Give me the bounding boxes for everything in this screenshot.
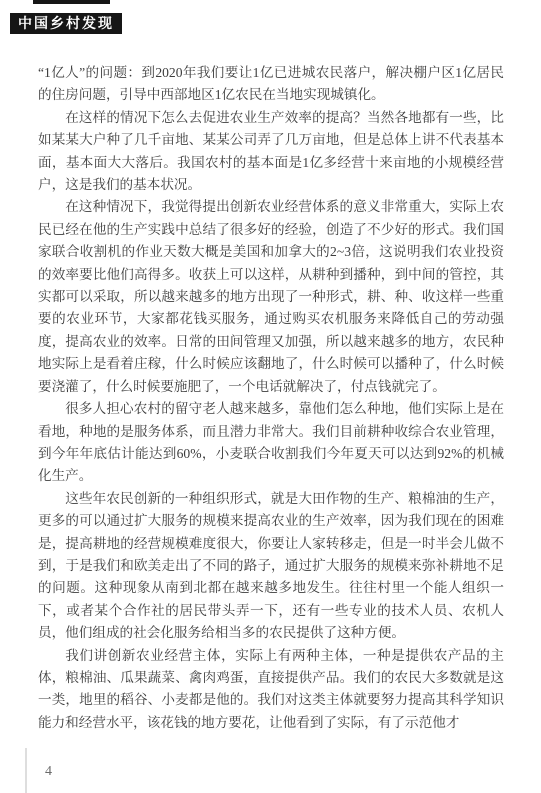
masthead-title: 中国乡村发现 <box>10 13 122 34</box>
page-body-text: “1亿人”的问题：到2020年我们要让1亿已进城农民落户，解决棚户区1亿居民的住… <box>38 62 504 734</box>
footer-divider <box>25 748 27 793</box>
body-paragraph: 在这种情况下，我觉得提出创新农业经营体系的意义非常重大，实际上农民已经在他的生产… <box>38 196 504 398</box>
body-paragraph: “1亿人”的问题：到2020年我们要让1亿已进城农民落户，解决棚户区1亿居民的住… <box>38 62 504 107</box>
top-edge-mark <box>33 0 110 4</box>
body-paragraph: 很多人担心农村的留守老人越来越多，靠他们怎么种地，他们实际上是在看地，种地的是服… <box>38 398 504 488</box>
page-number: 4 <box>45 764 52 780</box>
body-paragraph: 在这样的情况下怎么去促进农业生产效率的提高？当然各地都有一些，比如某某大户种了几… <box>38 107 504 197</box>
body-paragraph: 我们讲创新农业经营主体，实际上有两种主体，一种是提供农产品的主体，粮棉油、瓜果蔬… <box>38 645 504 735</box>
body-paragraph: 这些年农民创新的一种组织形式，就是大田作物的生产、粮棉油的生产，更多的可以通过扩… <box>38 488 504 645</box>
